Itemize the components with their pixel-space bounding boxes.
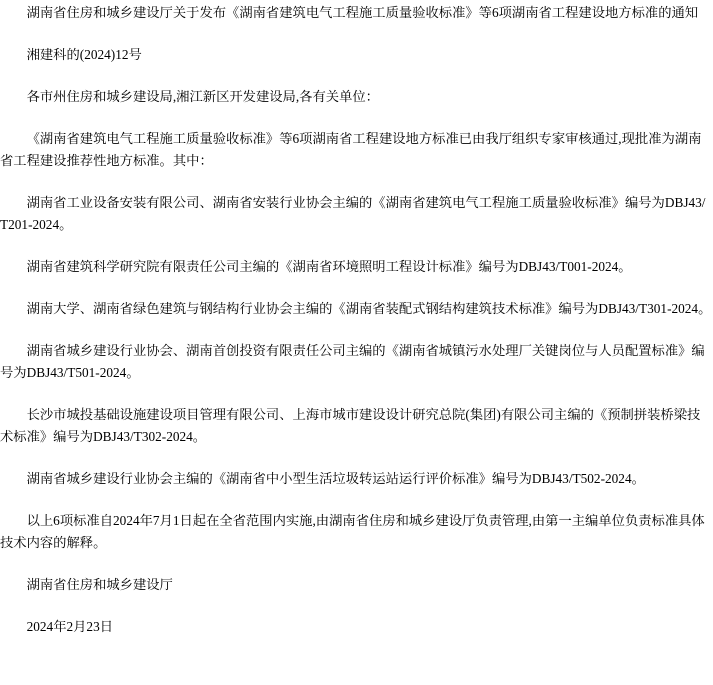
body-paragraph-standard-2: 湖南省建筑科学研究院有限责任公司主编的《湖南省环境照明工程设计标准》编号为DBJ… (0, 256, 713, 278)
body-paragraph-standard-3: 湖南大学、湖南省绿色建筑与钢结构行业协会主编的《湖南省装配式钢结构建筑技术标准》… (0, 298, 713, 320)
notice-document: 湖南省住房和城乡建设厅关于发布《湖南省建筑电气工程施工质量验收标准》等6项湖南省… (0, 0, 713, 685)
salutation: 各市州住房和城乡建设局,湘江新区开发建设局,各有关单位： (0, 86, 713, 108)
document-number: 湘建科的(2024)12号 (0, 44, 713, 66)
signature: 湖南省住房和城乡建设厅 (0, 574, 713, 596)
body-paragraph-standard-1: 湖南省工业设备安装有限公司、湖南省安装行业协会主编的《湖南省建筑电气工程施工质量… (0, 192, 713, 236)
body-paragraph-intro: 《湖南省建筑电气工程施工质量验收标准》等6项湖南省工程建设地方标准已由我厅组织专… (0, 128, 713, 172)
notice-title: 湖南省住房和城乡建设厅关于发布《湖南省建筑电气工程施工质量验收标准》等6项湖南省… (0, 2, 713, 24)
body-paragraph-implementation: 以上6项标准自2024年7月1日起在全省范围内实施,由湖南省住房和城乡建设厅负责… (0, 510, 713, 554)
body-paragraph-standard-5: 长沙市城投基础设施建设项目管理有限公司、上海市城市建设设计研究总院(集团)有限公… (0, 404, 713, 448)
body-paragraph-standard-4: 湖南省城乡建设行业协会、湖南首创投资有限责任公司主编的《湖南省城镇污水处理厂关键… (0, 340, 713, 384)
date: 2024年2月23日 (0, 616, 713, 638)
body-paragraph-standard-6: 湖南省城乡建设行业协会主编的《湖南省中小型生活垃圾转运站运行评价标准》编号为DB… (0, 468, 713, 490)
